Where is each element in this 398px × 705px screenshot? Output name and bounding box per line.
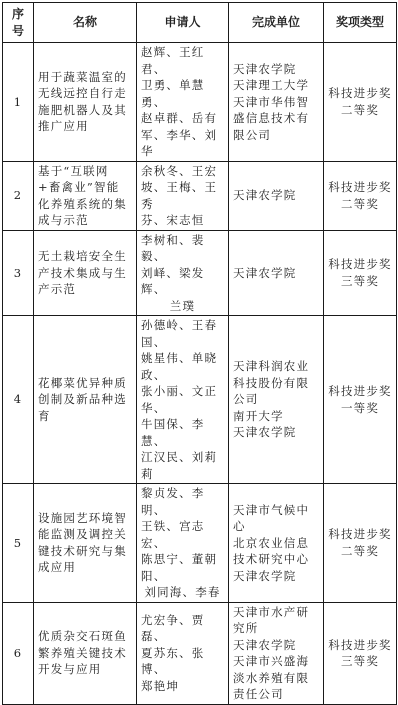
header-seq-line1: 序 [7, 6, 29, 23]
table-row: 3 无土栽培安全生产技术集成与生产示范 李树和、裴毅、刘峄、梁发辉、兰璞 天津农… [3, 230, 397, 316]
cell-seq: 2 [3, 161, 34, 230]
applicant-line: 江汉民、刘莉莉 [141, 449, 224, 479]
header-unit: 完成单位 [229, 3, 324, 43]
cell-name: 花椰菜优异种质创制及新品种选育 [34, 316, 137, 480]
cell-applicants: 赵辉、王红君、卫勇、单慧勇、赵卓群、岳有军、李华、刘华 [137, 43, 229, 162]
applicant-line: 卫勇、单慧勇、 [141, 77, 224, 110]
cell-unit: 天津农学院 [229, 230, 324, 316]
unit-line: 天津市华伟智盛信息技术有限公司 [233, 94, 319, 144]
cell-award: 科技进步奖三等奖 [324, 230, 397, 316]
applicant-line: 余秋冬、王宏 [141, 163, 224, 180]
applicant-line: 牛国保、李慧、 [141, 416, 224, 449]
award-category: 科技进步奖 [328, 85, 392, 102]
cell-applicants: 孙德岭、王春国、姚星伟、单晓政、张小丽、文正华、牛国保、李慧、江汉民、刘莉莉 [137, 316, 229, 480]
cell-name: 基于“互联网+畜禽业”智能化养殖系统的集成与示范 [34, 161, 137, 230]
unit-line: 天津农学院 [233, 265, 319, 282]
cell-unit: 天津农学院天津理工大学天津市华伟智盛信息技术有限公司 [229, 43, 324, 162]
applicant-line: 芬、宋志恒 [141, 212, 224, 229]
unit-line: 天津农学院 [233, 61, 319, 78]
award-category: 科技进步奖 [328, 383, 392, 400]
header-name: 名称 [34, 3, 137, 43]
cell-applicants: 李树和、裴毅、刘峄、梁发辉、兰璞 [137, 230, 229, 316]
header-seq-line2: 号 [7, 23, 29, 40]
applicant-line: 军、李华、刘华 [141, 127, 224, 160]
award-grade: 二等奖 [328, 196, 392, 213]
unit-line: 天津科润农业科技股份有限公司 [233, 358, 319, 408]
applicant-line: 兰璞 [141, 298, 224, 315]
unit-line: 南开大学 [233, 408, 319, 425]
applicant-line: 赵卓群、岳有 [141, 110, 224, 127]
cell-unit: 天津农学院 [229, 161, 324, 230]
header-award-type: 奖项类型 [324, 3, 397, 43]
cell-seq: 3 [3, 230, 34, 316]
award-category: 科技进步奖 [328, 179, 392, 196]
cell-applicants: 余秋冬、王宏坡、王梅、王秀芬、宋志恒 [137, 161, 229, 230]
applicant-line: 赵辉、王红君、 [141, 44, 224, 77]
header-row: 序 号 名称 申请人 完成单位 奖项类型 [3, 3, 397, 43]
table-row: 2 基于“互联网+畜禽业”智能化养殖系统的集成与示范 余秋冬、王宏坡、王梅、王秀… [3, 161, 397, 230]
cell-unit: 天津科润农业科技股份有限公司南开大学天津农学院 [229, 316, 324, 480]
applicant-line: 刘峄、梁发辉、 [141, 265, 224, 298]
cell-seq: 1 [3, 43, 34, 162]
header-applicants: 申请人 [137, 3, 229, 43]
cell-award: 科技进步奖二等奖 [324, 161, 397, 230]
cell-award: 科技进步奖一等奖 [324, 316, 397, 480]
cell-seq: 4 [3, 316, 34, 480]
unit-line: 天津理工大学 [233, 77, 319, 94]
unit-line: 天津农学院 [233, 187, 319, 204]
applicant-line: 姚星伟、单晓政、 [141, 350, 224, 383]
table-row: 4 花椰菜优异种质创制及新品种选育 孙德岭、王春国、姚星伟、单晓政、张小丽、文正… [3, 316, 397, 480]
cell-award: 科技进步奖二等奖 [324, 43, 397, 162]
applicant-line: 李树和、裴毅、 [141, 232, 224, 265]
award-grade: 二等奖 [328, 102, 392, 119]
header-seq: 序 号 [3, 3, 34, 43]
applicant-line: 张小丽、文正华、 [141, 383, 224, 416]
award-category: 科技进步奖 [328, 256, 392, 273]
applicant-line: 孙德岭、王春国、 [141, 317, 224, 350]
applicant-line: 坡、王梅、王秀 [141, 179, 224, 212]
cell-name: 无土栽培安全生产技术集成与生产示范 [34, 230, 137, 316]
award-grade: 一等奖 [328, 400, 392, 417]
awards-table: 序 号 名称 申请人 完成单位 奖项类型 1 用于蔬菜温室的无线远控自行走施肥机… [2, 2, 397, 479]
table-row: 1 用于蔬菜温室的无线远控自行走施肥机器人及其推广应用 赵辉、王红君、卫勇、单慧… [3, 43, 397, 162]
unit-line: 天津农学院 [233, 424, 319, 441]
award-grade: 三等奖 [328, 273, 392, 290]
cell-name: 用于蔬菜温室的无线远控自行走施肥机器人及其推广应用 [34, 43, 137, 162]
